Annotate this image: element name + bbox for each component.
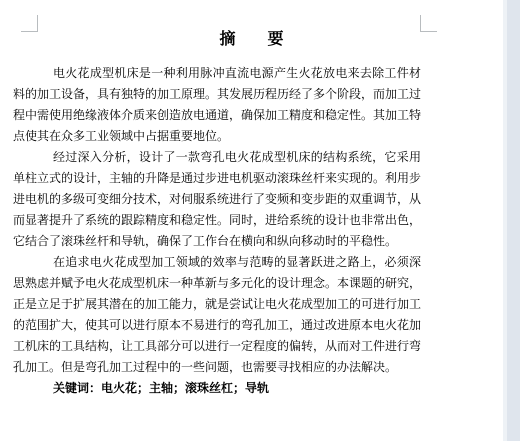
abstract-paragraph-2: 经过深入分析，设计了一款弯孔电火花成型机床的结构系统，它采用单柱立式的设计，主轴… — [13, 147, 421, 252]
scrollbar-track[interactable] — [503, 0, 520, 441]
abstract-paragraph-1: 电火花成型机床是一种利用脉冲直流电源产生火花放电来去除工件材料的加工设备，具有独… — [13, 63, 421, 147]
document-window: 摘 要 电火花成型机床是一种利用脉冲直流电源产生火花放电来去除工件材料的加工设备… — [0, 0, 520, 441]
abstract-paragraph-3: 在追求电火花成型加工领域的效率与范畴的显著跃进之路上，必须深思熟虑并赋予电火花成… — [13, 252, 421, 378]
keywords-line: 关键词：电火花；主轴；滚珠丝杠；导轨 — [13, 378, 421, 399]
abstract-body: 电火花成型机床是一种利用脉冲直流电源产生火花放电来去除工件材料的加工设备，具有独… — [13, 63, 421, 399]
document-page[interactable]: 摘 要 电火花成型机床是一种利用脉冲直流电源产生火花放电来去除工件材料的加工设备… — [0, 0, 503, 441]
abstract-title: 摘 要 — [0, 29, 503, 51]
